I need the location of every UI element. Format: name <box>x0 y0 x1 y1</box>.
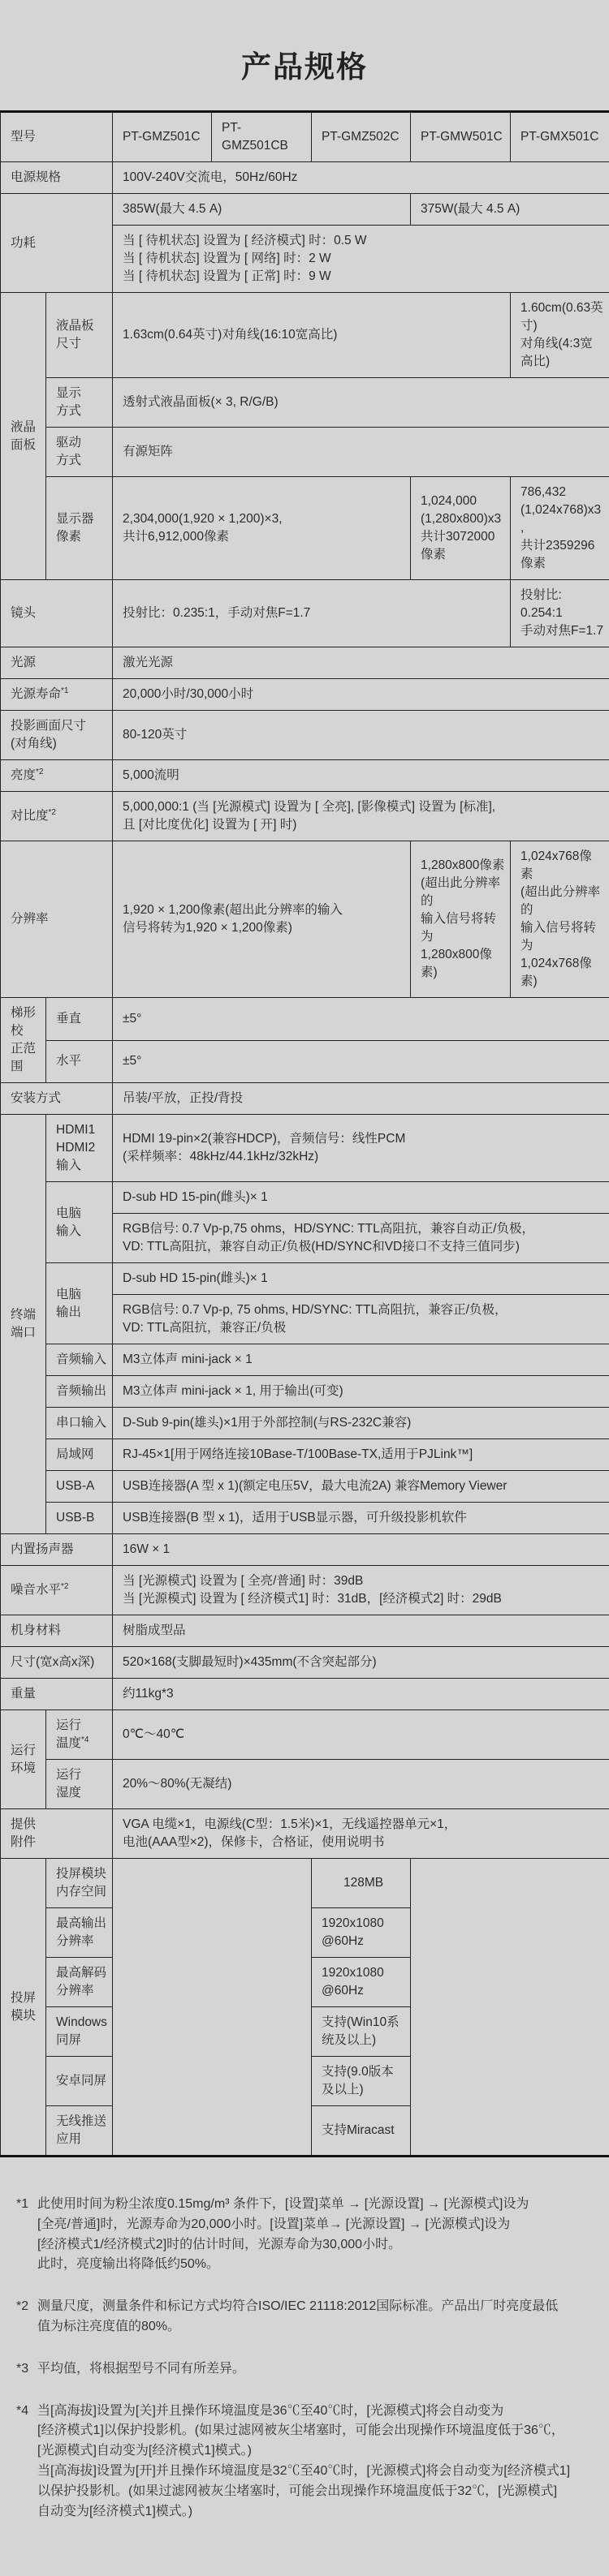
lens-gmx: 投射比: 0.254:1 手动对焦F=1.7 <box>511 580 609 647</box>
usb-a-label: USB-A <box>46 1471 113 1503</box>
row-serial-in: 串口输入 D-Sub 9-pin(雄头)×1用于外部控制(与RS-232C兼容) <box>1 1408 609 1439</box>
cast-windows-value: 支持(Win10系统及以上) <box>312 2007 411 2057</box>
speaker-label: 内置扬声器 <box>1 1534 113 1566</box>
cast-android-value: 支持(9.0版本 及以上) <box>312 2057 411 2106</box>
env-temp-value: 0℃～40℃ <box>113 1710 609 1760</box>
row-power-supply: 电源规格 100V-240V交流电，50Hz/60Hz <box>1 162 609 194</box>
row-mounting: 安装方式 吊装/平放，正投/背投 <box>1 1083 609 1115</box>
pc-in-signal: RGB信号: 0.7 Vp-p,75 ohms，HD/SYNC: TTL高阻抗，… <box>113 1214 609 1263</box>
lcd-pixels-gmw: 1,024,000 (1,280x800)x3 共计3072000像素 <box>411 477 511 580</box>
power-consumption-main: 385W(最大 4.5 A) <box>113 194 411 226</box>
light-life-value: 20,000小时/30,000小时 <box>113 679 609 711</box>
audio-out-label: 音频输出 <box>46 1376 113 1408</box>
audio-in-label: 音频输入 <box>46 1344 113 1376</box>
light-life-label: 光源寿命*1 <box>1 679 113 711</box>
resolution-gmx: 1,024x768像素 (超出此分辨率的 输入信号将转为 1,024x768像素… <box>511 841 609 998</box>
cast-empty-left <box>113 1859 312 2157</box>
keystone-horizontal-label: 水平 <box>46 1040 113 1083</box>
material-value: 树脂成型品 <box>113 1615 609 1647</box>
cast-memory-label: 投屏模块 内存空间 <box>46 1859 113 1908</box>
screen-size-label: 投影画面尺寸 (对角线) <box>1 711 113 760</box>
footnote-marker: *3 <box>16 2359 37 2380</box>
row-light-source: 光源 激光光源 <box>1 647 609 679</box>
lcd-display-label: 显示 方式 <box>46 378 113 428</box>
cast-android-label: 安卓同屏 <box>46 2057 113 2106</box>
row-lcd-drive: 驱动 方式 有源矩阵 <box>1 428 609 477</box>
row-speaker: 内置扬声器 16W × 1 <box>1 1534 609 1566</box>
model-value: PT-GMX501C <box>511 112 609 162</box>
contrast-value: 5,000,000:1 (当 [光源模式] 设置为 [ 全亮], [影像模式] … <box>113 792 609 841</box>
keystone-vertical-value: ±5° <box>113 998 609 1041</box>
model-value: PT-GMZ502C <box>312 112 411 162</box>
light-source-value: 激光光源 <box>113 647 609 679</box>
environment-group-label: 运行 环境 <box>1 1710 46 1809</box>
lcd-size-gmx: 1.60cm(0.63英寸) 对角线(4:3宽高比) <box>511 293 609 378</box>
keystone-horizontal-value: ±5° <box>113 1040 609 1083</box>
row-dimensions: 尺寸(宽x高x深) 520×168(支脚最短时)×435mm(不含突起部分) <box>1 1647 609 1679</box>
dimensions-label: 尺寸(宽x高x深) <box>1 1647 113 1679</box>
footnote-text: 平均值，将根据型号不同有所差异。 <box>37 2359 594 2380</box>
model-value: PT-GMW501C <box>411 112 511 162</box>
row-accessories: 提供 附件 VGA 电缆×1，电源线(C型：1.5米)×1，无线遥控器单元×1，… <box>1 1809 609 1859</box>
footnote-ref: *1 <box>61 686 68 695</box>
row-keystone-vertical: 梯形校 正范围 垂直 ±5° <box>1 998 609 1041</box>
row-env-humidity: 运行 湿度 20%～80%(无凝结) <box>1 1760 609 1809</box>
row-audio-out: 音频输出 M3立体声 mini-jack × 1, 用于输出(可变) <box>1 1376 609 1408</box>
row-lan: 局域网 RJ-45×1[用于网络连接10Base-T/100Base-TX,适用… <box>1 1439 609 1471</box>
weight-value: 约11kg*3 <box>113 1679 609 1710</box>
footnote-ref: *2 <box>49 808 56 817</box>
cast-module-group-label: 投屏 模块 <box>1 1859 46 2157</box>
row-audio-in: 音频输入 M3立体声 mini-jack × 1 <box>1 1344 609 1376</box>
footnote-text: 测量尺度，测量条件和标记方式均符合ISO/IEC 21118:2012国际标准。… <box>37 2297 594 2337</box>
model-value: PT-GMZ501C <box>113 112 212 162</box>
cast-wireless-push-label: 无线推送 应用 <box>46 2106 113 2157</box>
row-weight: 重量 约11kg*3 <box>1 1679 609 1710</box>
row-material: 机身材料 树脂成型品 <box>1 1615 609 1647</box>
row-lcd-size: 液晶 面板 液晶板 尺寸 1.63cm(0.64英寸)对角线(16:10宽高比)… <box>1 293 609 378</box>
row-contrast: 对比度*2 5,000,000:1 (当 [光源模式] 设置为 [ 全亮], [… <box>1 792 609 841</box>
pc-out-conn: D-sub HD 15-pin(雌头)× 1 <box>113 1263 609 1295</box>
terminals-group-label: 终端 端口 <box>1 1115 46 1534</box>
footnote-ref: *2 <box>36 768 43 776</box>
power-consumption-standby: 当 [ 待机状态] 设置为 [ 经济模式] 时：0.5 W 当 [ 待机状态] … <box>113 226 609 293</box>
power-consumption-alt: 375W(最大 4.5 A) <box>411 194 609 226</box>
row-pc-in-conn: 电脑 输入 D-sub HD 15-pin(雌头)× 1 <box>1 1182 609 1214</box>
lcd-pixels-main: 2,304,000(1,920 × 1,200)×3, 共计6,912,000像… <box>113 477 411 580</box>
accessories-value: VGA 电缆×1，电源线(C型：1.5米)×1，无线遥控器单元×1， 电池(AA… <box>113 1809 609 1859</box>
row-cast-memory: 投屏 模块 投屏模块 内存空间 128MB <box>1 1859 609 1908</box>
material-label: 机身材料 <box>1 1615 113 1647</box>
footnote-text: 当[高海拔]设置为[关]并且操作环境温度是36℃至40℃时，[光源模式]将会自动… <box>37 2402 594 2522</box>
row-light-life: 光源寿命*1 20,000小时/30,000小时 <box>1 679 609 711</box>
footnote-ref: *4 <box>81 1735 89 1744</box>
hdmi-label: HDMI1 HDMI2 输入 <box>46 1115 113 1182</box>
pc-in-label: 电脑 输入 <box>46 1182 113 1263</box>
spec-table: 型号 PT-GMZ501C PT-GMZ501CB PT-GMZ502C PT-… <box>0 110 609 2157</box>
env-temp-label: 运行 温度*4 <box>46 1710 113 1760</box>
audio-out-value: M3立体声 mini-jack × 1, 用于输出(可变) <box>113 1376 609 1408</box>
mounting-label: 安装方式 <box>1 1083 113 1115</box>
power-supply-value: 100V-240V交流电，50Hz/60Hz <box>113 162 609 194</box>
accessories-label: 提供 附件 <box>1 1809 113 1859</box>
lcd-pixels-gmx: 786,432 (1,024x768)x3, 共计2359296像素 <box>511 477 609 580</box>
env-humidity-label: 运行 湿度 <box>46 1760 113 1809</box>
usb-a-value: USB连接器(A 型 x 1)(额定电压5V，最大电流2A) 兼容Memory … <box>113 1471 609 1503</box>
power-supply-label: 电源规格 <box>1 162 113 194</box>
lcd-size-main: 1.63cm(0.64英寸)对角线(16:10宽高比) <box>113 293 511 378</box>
env-humidity-value: 20%～80%(无凝结) <box>113 1760 609 1809</box>
mounting-value: 吊装/平放，正投/背投 <box>113 1083 609 1115</box>
model-value: PT-GMZ501CB <box>212 112 312 162</box>
row-noise: 噪音水平*2 当 [光源模式] 设置为 [ 全亮/普通] 时：39dB 当 [光… <box>1 1566 609 1615</box>
row-lcd-display: 显示 方式 透射式液晶面板(× 3, R/G/B) <box>1 378 609 428</box>
brightness-label: 亮度*2 <box>1 760 113 792</box>
row-lens: 镜头 投射比：0.235:1，手动对焦F=1.7 投射比: 0.254:1 手动… <box>1 580 609 647</box>
screen-size-value: 80-120英寸 <box>113 711 609 760</box>
footnote-marker: *2 <box>16 2297 37 2337</box>
row-pc-out-conn: 电脑 输出 D-sub HD 15-pin(雌头)× 1 <box>1 1263 609 1295</box>
cast-max-output-value: 1920x1080 @60Hz <box>312 1908 411 1958</box>
brightness-value: 5,000流明 <box>113 760 609 792</box>
row-model: 型号 PT-GMZ501C PT-GMZ501CB PT-GMZ502C PT-… <box>1 112 609 162</box>
cast-max-decode-value: 1920x1080 @60Hz <box>312 1958 411 2007</box>
footnote-marker: *4 <box>16 2402 37 2522</box>
pc-out-label: 电脑 输出 <box>46 1263 113 1344</box>
power-consumption-label: 功耗 <box>1 194 113 293</box>
row-hdmi: 终端 端口 HDMI1 HDMI2 输入 HDMI 19-pin×2(兼容HDC… <box>1 1115 609 1182</box>
lcd-display-value: 透射式液晶面板(× 3, R/G/B) <box>113 378 609 428</box>
usb-b-label: USB-B <box>46 1503 113 1534</box>
lens-main: 投射比：0.235:1，手动对焦F=1.7 <box>113 580 511 647</box>
model-label: 型号 <box>1 112 113 162</box>
keystone-vertical-label: 垂直 <box>46 998 113 1041</box>
dimensions-value: 520×168(支脚最短时)×435mm(不含突起部分) <box>113 1647 609 1679</box>
resolution-gmw: 1,280x800像素 (超出此分辨率的 输入信号将转为 1,280x800像素… <box>411 841 511 998</box>
lcd-size-label: 液晶板 尺寸 <box>46 293 113 378</box>
contrast-label: 对比度*2 <box>1 792 113 841</box>
weight-label: 重量 <box>1 1679 113 1710</box>
pc-in-conn: D-sub HD 15-pin(雌头)× 1 <box>113 1182 609 1214</box>
cast-wireless-push-value: 支持Miracast <box>312 2106 411 2157</box>
row-keystone-horizontal: 水平 ±5° <box>1 1040 609 1083</box>
cast-windows-label: Windows 同屏 <box>46 2007 113 2057</box>
lcd-drive-label: 驱动 方式 <box>46 428 113 477</box>
cast-memory-value: 128MB <box>312 1859 411 1908</box>
speaker-value: 16W × 1 <box>113 1534 609 1566</box>
footnotes-section: *1 此使用时间为粉尘浓度0.15mg/m³ 条件下，[设置]菜单 → [光源设… <box>0 2157 609 2576</box>
lcd-pixels-label: 显示器 像素 <box>46 477 113 580</box>
serial-in-label: 串口输入 <box>46 1408 113 1439</box>
cast-max-decode-label: 最高解码 分辨率 <box>46 1958 113 2007</box>
lcd-panel-group-label: 液晶 面板 <box>1 293 46 580</box>
hdmi-value: HDMI 19-pin×2(兼容HDCP)，音频信号：线性PCM (采样频率：4… <box>113 1115 609 1182</box>
footnote-1: *1 此使用时间为粉尘浓度0.15mg/m³ 条件下，[设置]菜单 → [光源设… <box>16 2195 594 2275</box>
serial-in-value: D-Sub 9-pin(雄头)×1用于外部控制(与RS-232C兼容) <box>113 1408 609 1439</box>
cast-empty-right <box>411 1859 609 2157</box>
row-screen-size: 投影画面尺寸 (对角线) 80-120英寸 <box>1 711 609 760</box>
audio-in-value: M3立体声 mini-jack × 1 <box>113 1344 609 1376</box>
resolution-main: 1,920 × 1,200像素(超出此分辨率的输入 信号将转为1,920 × 1… <box>113 841 411 998</box>
light-source-label: 光源 <box>1 647 113 679</box>
row-usb-a: USB-A USB连接器(A 型 x 1)(额定电压5V，最大电流2A) 兼容M… <box>1 1471 609 1503</box>
footnote-3: *3 平均值，将根据型号不同有所差异。 <box>16 2359 594 2380</box>
page-title: 产品规格 <box>0 0 609 110</box>
lens-label: 镜头 <box>1 580 113 647</box>
keystone-group-label: 梯形校 正范围 <box>1 998 46 1083</box>
lan-value: RJ-45×1[用于网络连接10Base-T/100Base-TX,适用于PJL… <box>113 1439 609 1471</box>
row-power-consumption-watts: 功耗 385W(最大 4.5 A) 375W(最大 4.5 A) <box>1 194 609 226</box>
row-env-temp: 运行 环境 运行 温度*4 0℃～40℃ <box>1 1710 609 1760</box>
usb-b-value: USB连接器(B 型 x 1)，适用于USB显示器，可升级投影机软件 <box>113 1503 609 1534</box>
row-lcd-pixels: 显示器 像素 2,304,000(1,920 × 1,200)×3, 共计6,9… <box>1 477 609 580</box>
footnote-4: *4 当[高海拔]设置为[关]并且操作环境温度是36℃至40℃时，[光源模式]将… <box>16 2402 594 2522</box>
row-usb-b: USB-B USB连接器(B 型 x 1)，适用于USB显示器，可升级投影机软件 <box>1 1503 609 1534</box>
footnote-ref: *2 <box>61 1582 68 1591</box>
lcd-drive-value: 有源矩阵 <box>113 428 609 477</box>
footnote-2: *2 测量尺度，测量条件和标记方式均符合ISO/IEC 21118:2012国际… <box>16 2297 594 2337</box>
noise-value: 当 [光源模式] 设置为 [ 全亮/普通] 时：39dB 当 [光源模式] 设置… <box>113 1566 609 1615</box>
row-brightness: 亮度*2 5,000流明 <box>1 760 609 792</box>
noise-label: 噪音水平*2 <box>1 1566 113 1615</box>
footnote-text: 此使用时间为粉尘浓度0.15mg/m³ 条件下，[设置]菜单 → [光源设置] … <box>37 2195 594 2275</box>
resolution-label: 分辨率 <box>1 841 113 998</box>
row-resolution: 分辨率 1,920 × 1,200像素(超出此分辨率的输入 信号将转为1,920… <box>1 841 609 998</box>
lan-label: 局域网 <box>46 1439 113 1471</box>
pc-out-signal: RGB信号: 0.7 Vp-p, 75 ohms, HD/SYNC: TTL高阻… <box>113 1295 609 1344</box>
footnote-marker: *1 <box>16 2195 37 2275</box>
cast-max-output-label: 最高输出 分辨率 <box>46 1908 113 1958</box>
